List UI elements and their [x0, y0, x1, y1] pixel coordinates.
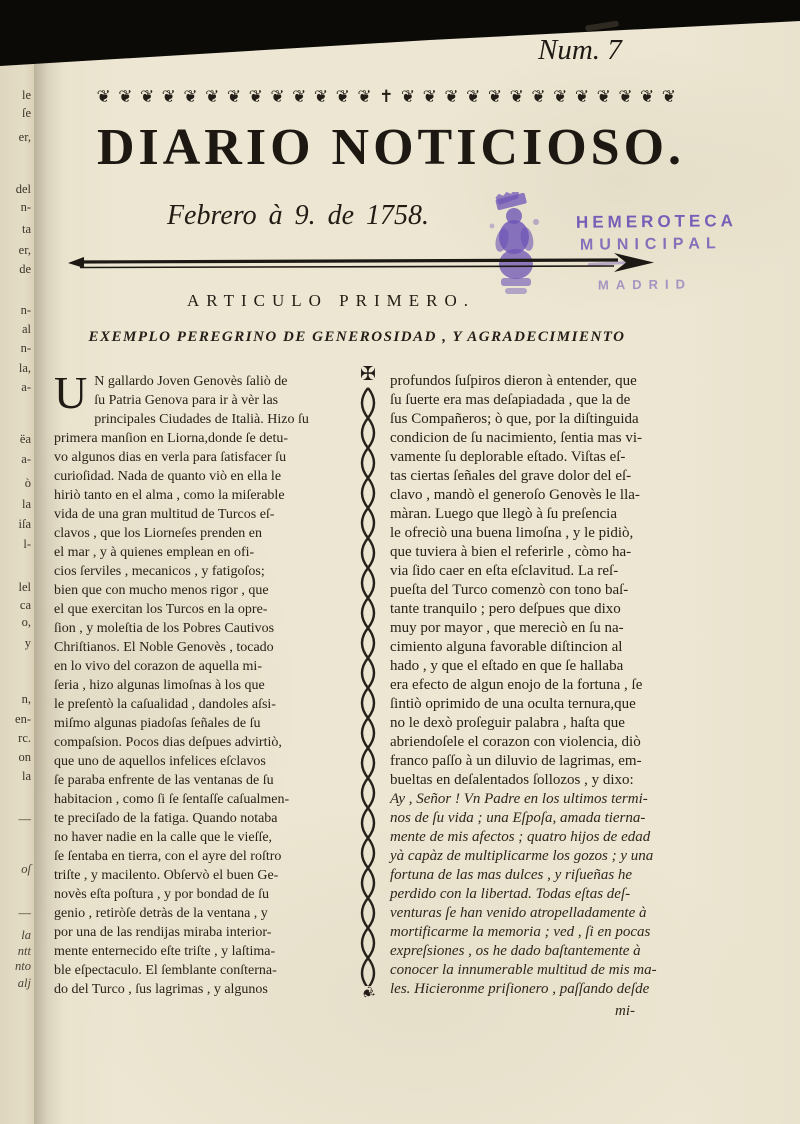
margin-fragment: on	[19, 750, 32, 765]
margin-fragment: del	[16, 182, 31, 197]
left-column-text: N gallardo Joven Genovès ſaliò de ſu Pat…	[54, 374, 309, 997]
catchword: mi-	[575, 1003, 675, 1020]
margin-fragment: la	[22, 497, 31, 512]
article-subtitle: EXEMPLO PEREGRINO DE GENEROSIDAD , Y AGR…	[52, 329, 662, 346]
margin-fragment: la,	[19, 361, 31, 376]
column-divider-ornament: ✠ ❦	[353, 364, 383, 1009]
right-column: profundos ſuſpiros dieron à entender, qu…	[390, 372, 756, 999]
margin-fragment: n-	[21, 200, 31, 215]
margin-fragment: l-	[23, 537, 31, 552]
margin-fragment: n-	[21, 303, 31, 318]
margin-fragment: lel	[19, 580, 32, 595]
dropcap-initial: U	[54, 372, 94, 414]
stamp-emblem-icon	[474, 192, 570, 300]
margin-fragment: iſa	[19, 517, 32, 532]
margin-fragment: n-	[21, 341, 31, 356]
margin-fragment: n,	[22, 692, 31, 707]
stamp-text-hemeroteca: HEMEROTECA	[576, 211, 737, 233]
braid-chain-icon	[355, 386, 381, 986]
margin-fragment: la	[22, 769, 31, 784]
horizontal-rule-arrow	[66, 248, 666, 278]
margin-fragment: —	[19, 812, 32, 827]
margin-fragment: a-	[21, 452, 31, 467]
facing-page-edge: leſeer,deln-taer,den-aln-la,a-ëaa-òlaiſa…	[0, 0, 34, 1124]
margin-fragment: a-	[21, 380, 31, 395]
margin-fragment: y	[25, 636, 31, 651]
masthead-title: DIARIO NOTICIOSO.	[36, 118, 746, 177]
margin-fragment: alj	[18, 976, 31, 991]
margin-fragment: er,	[19, 243, 31, 258]
issue-number: Num. 7	[538, 34, 698, 67]
ornament-border: ❦❦❦❦❦❦❦❦❦❦❦❦❦✝❦❦❦❦❦❦❦❦❦❦❦❦❦	[28, 82, 752, 112]
margin-fragment: rc.	[18, 731, 31, 746]
margin-fragment: ò	[25, 476, 31, 491]
margin-fragment: ta	[22, 222, 31, 237]
right-column-italic-text: Ay , Señor ! Vn Padre en los ultimos ter…	[390, 791, 657, 997]
margin-fragment: nto	[15, 959, 31, 974]
margin-fragment: —	[19, 906, 32, 921]
margin-fragment: en-	[15, 712, 31, 727]
right-column-text: profundos ſuſpiros dieron à entender, qu…	[390, 373, 642, 788]
margin-fragment: ca	[20, 598, 31, 613]
margin-fragment: oſ	[21, 862, 31, 877]
margin-fragment: de	[19, 262, 31, 277]
margin-fragment: er,	[19, 130, 31, 145]
stamp-text-madrid: MADRID	[598, 277, 692, 293]
margin-fragment: al	[22, 322, 31, 337]
left-column: UN gallardo Joven Genovès ſaliò de ſu Pa…	[54, 372, 356, 999]
date-line: Febrero à 9. de 1758.	[118, 200, 478, 232]
margin-fragment: o,	[22, 615, 31, 630]
margin-fragment: ëa	[20, 432, 31, 447]
newspaper-page: leſeer,deln-taer,den-aln-la,a-ëaa-òlaiſa…	[0, 0, 800, 1124]
margin-fragment: ntt	[18, 944, 31, 959]
margin-fragment: la	[21, 928, 31, 943]
divider-cross-icon: ✠	[353, 364, 383, 384]
